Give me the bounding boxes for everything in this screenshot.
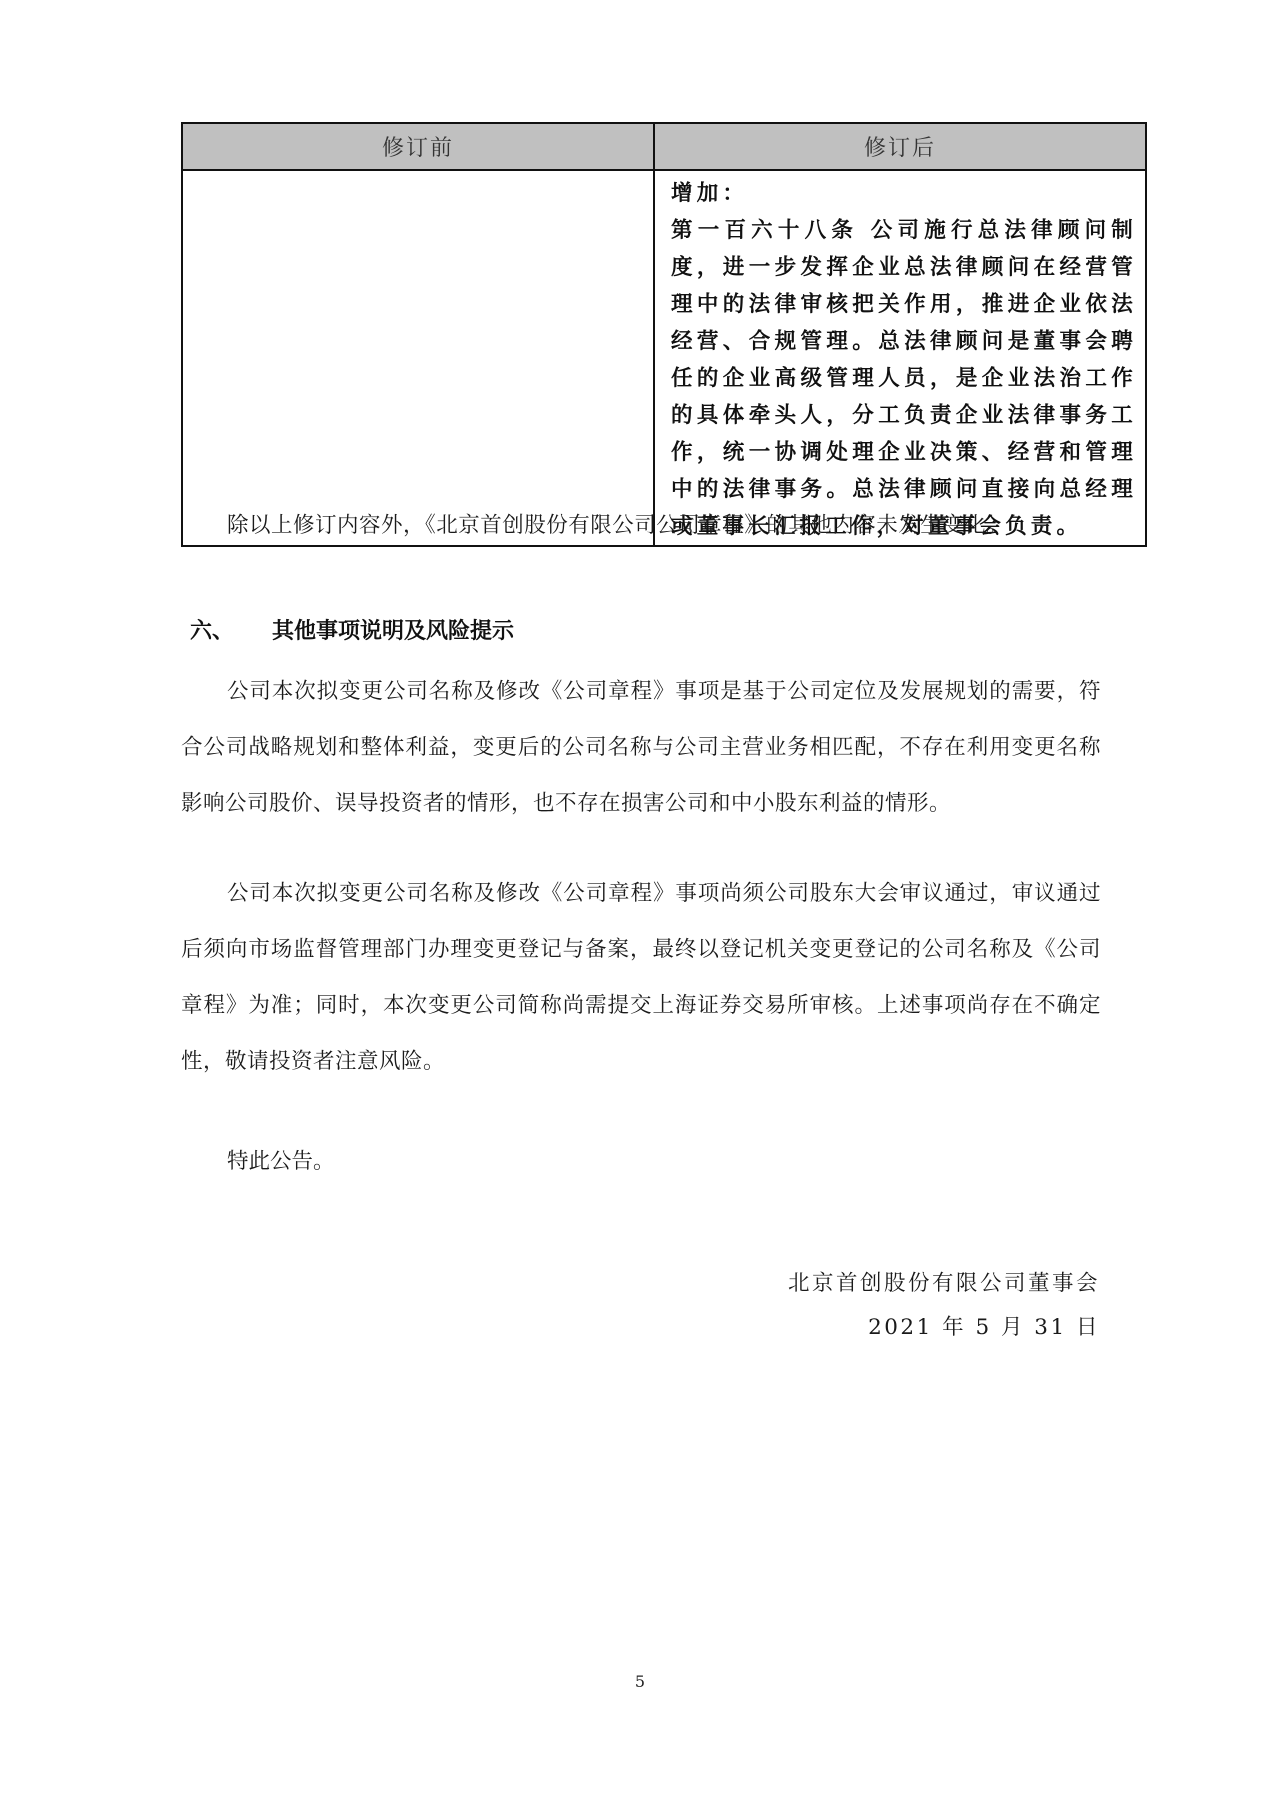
paragraph-unchanged-content: 除以上修订内容外，《北京首创股份有限公司公司章程》的其他内容未发生变化。	[181, 498, 1101, 554]
section-heading: 六、其他事项说明及风险提示	[190, 612, 514, 652]
paragraph-risk-2: 公司本次拟变更公司名称及修改《公司章程》事项尚须公司股东大会审议通过，审议通过后…	[181, 866, 1101, 1090]
addition-label: 增加：	[671, 175, 1137, 212]
article-168-text: 第一百六十八条 公司施行总法律顾问制度，进一步发挥企业总法律顾问在经营管理中的法…	[671, 218, 1137, 539]
paragraph-risk-1: 公司本次拟变更公司名称及修改《公司章程》事项是基于公司定位及发展规划的需要，符合…	[181, 664, 1101, 832]
signature-block: 北京首创股份有限公司董事会 2021 年 5 月 31 日	[788, 1262, 1100, 1350]
cell-before-revision	[182, 170, 654, 546]
document-page: 修订前 修订后 增加： 第一百六十八条 公司施行总法律顾问制度，进一步发挥企业总…	[0, 0, 1280, 1809]
table-row: 增加： 第一百六十八条 公司施行总法律顾问制度，进一步发挥企业总法律顾问在经营管…	[182, 170, 1146, 546]
signature-date: 2021 年 5 月 31 日	[788, 1306, 1100, 1350]
section-title: 其他事项说明及风险提示	[272, 619, 514, 644]
revision-table: 修订前 修订后 增加： 第一百六十八条 公司施行总法律顾问制度，进一步发挥企业总…	[181, 122, 1147, 547]
section-number: 六、	[190, 612, 272, 652]
signature-org: 北京首创股份有限公司董事会	[788, 1262, 1100, 1306]
closing-statement: 特此公告。	[227, 1142, 335, 1182]
header-before-revision: 修订前	[182, 123, 654, 170]
table-header-row: 修订前 修订后	[182, 123, 1146, 170]
page-number: 5	[0, 1672, 1280, 1691]
cell-after-revision: 增加： 第一百六十八条 公司施行总法律顾问制度，进一步发挥企业总法律顾问在经营管…	[654, 170, 1146, 546]
header-after-revision: 修订后	[654, 123, 1146, 170]
